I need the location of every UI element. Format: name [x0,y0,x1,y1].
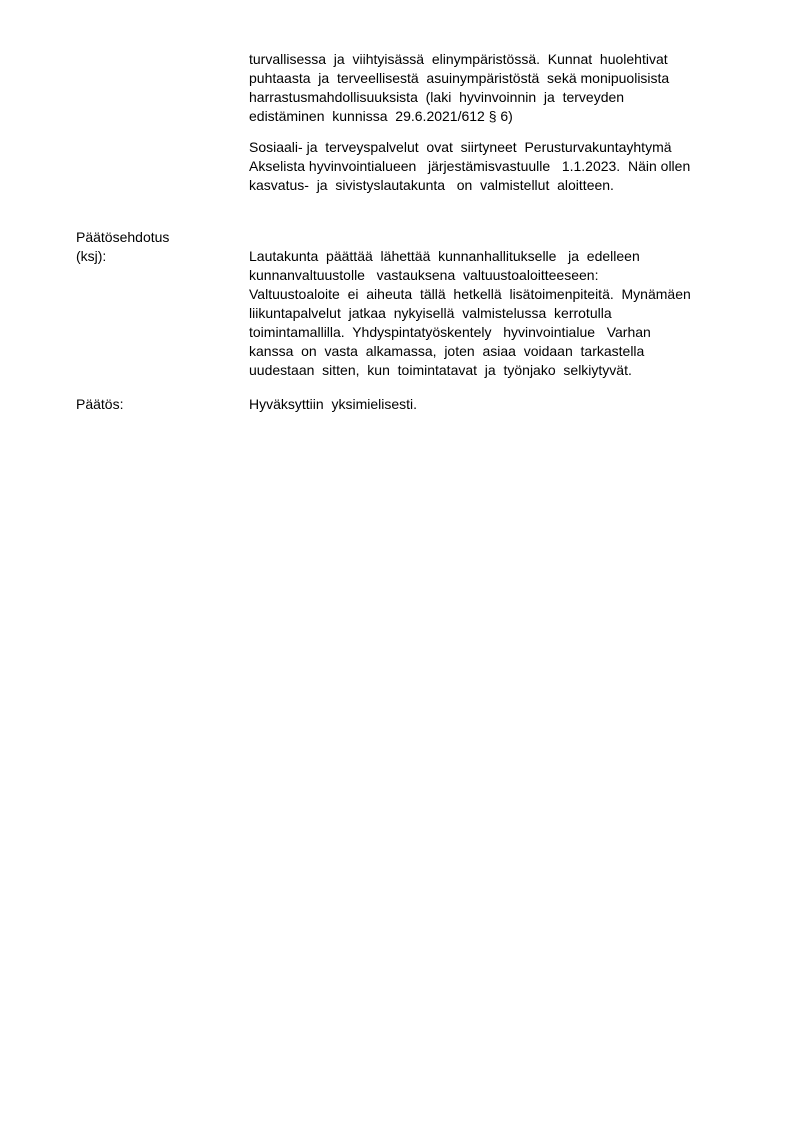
text-line: kasvatus- ja sivistyslautakunta on valmi… [249,176,739,195]
text-line: toimintamallilla. Yhdyspintatyöskentely … [249,323,739,342]
text-line: puhtaasta ja terveellisestä asuinympäris… [249,69,739,88]
text-line: Valtuustoaloite ei aiheuta tällä hetkell… [249,285,739,304]
text-line: liikuntapalvelut jatkaa nykyisellä valmi… [249,304,739,323]
text-line: kunnanvaltuustolle vastauksena valtuusto… [249,266,739,285]
text-line: uudestaan sitten, kun toimintatavat ja t… [249,361,739,380]
text-line: Lautakunta päättää lähettää kunnanhallit… [249,247,739,266]
decision-label: Päätös: [76,395,246,414]
text-line: Hyväksyttiin yksimielisesti. [249,395,739,414]
intro-paragraph: turvallisessa ja viihtyisässä elinympäri… [249,50,739,126]
label-line: (ksj): [76,247,246,266]
decision-text: Hyväksyttiin yksimielisesti. [249,395,739,414]
text-line: Sosiaali- ja terveyspalvelut ovat siirty… [249,138,739,157]
label-line: Päätös: [76,395,246,414]
label-line: Päätösehdotus [76,228,246,247]
second-paragraph: Sosiaali- ja terveyspalvelut ovat siirty… [249,138,739,195]
proposal-text: Lautakunta päättää lähettää kunnanhallit… [249,247,739,380]
text-line: Akselista hyvinvointialueen järjestämisv… [249,157,739,176]
text-line: edistäminen kunnissa 29.6.2021/612 § 6) [249,107,739,126]
proposal-label: Päätösehdotus (ksj): [76,228,246,266]
text-line: kanssa on vasta alkamassa, joten asiaa v… [249,342,739,361]
text-line: harrastusmahdollisuuksista (laki hyvinvo… [249,88,739,107]
text-line: turvallisessa ja viihtyisässä elinympäri… [249,50,739,69]
